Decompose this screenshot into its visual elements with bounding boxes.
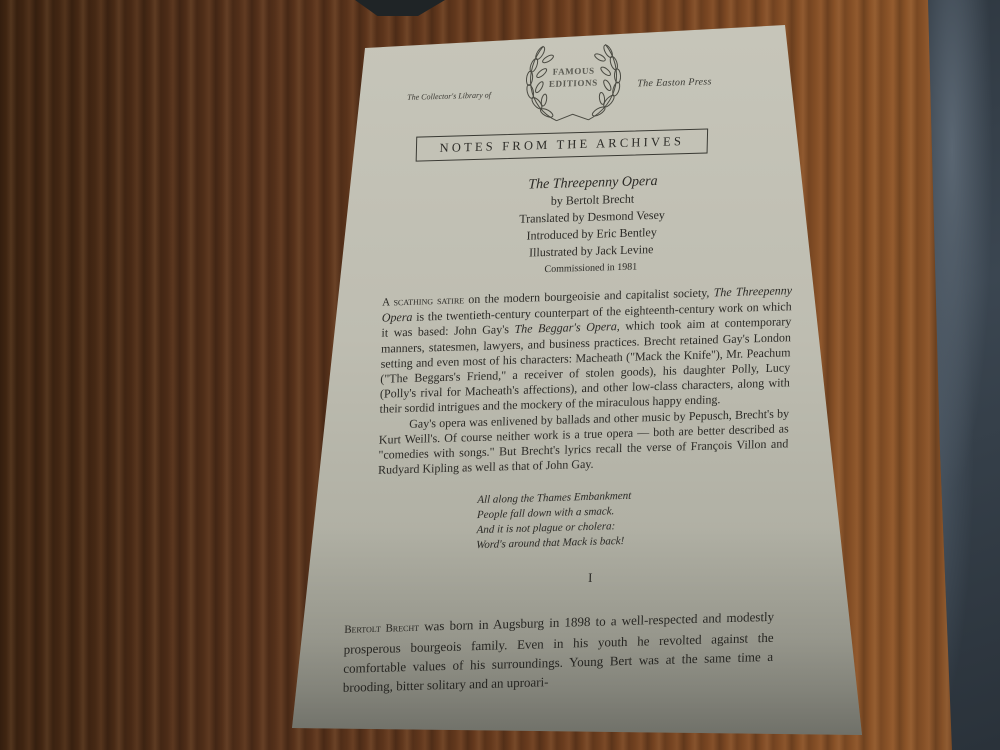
intro-title-beggars: The Beggar's Opera, (514, 319, 620, 336)
intro-paragraph-2: Gay's opera was enlivened by ballads and… (378, 406, 789, 478)
intro-lead: A scathing satire (382, 294, 464, 308)
library-prefix: The Collector's Library of (407, 91, 491, 102)
poem-quote: All along the Thames Embankment People f… (476, 483, 837, 553)
intro-paragraph-1: A scathing satire on the modern bourgeoi… (379, 283, 792, 417)
section-1-text: Bertolt Brecht was born in Augsburg in 1… (343, 607, 775, 697)
section-numeral: I (325, 564, 835, 594)
book-credits: The Threepenny Opera by Bertolt Brecht T… (333, 168, 845, 284)
section-1-lead: Bertolt Brecht (344, 622, 419, 636)
intro-text: A scathing satire on the modern bourgeoi… (378, 283, 792, 478)
masthead: The Collector's Library of (337, 33, 849, 127)
document-content: The Collector's Library of (322, 33, 849, 738)
publisher-name: The Easton Press (637, 76, 712, 89)
laurel-wreath-icon: FAMOUS EDITIONS (516, 39, 630, 128)
section-banner: NOTES FROM THE ARCHIVES (416, 128, 708, 161)
